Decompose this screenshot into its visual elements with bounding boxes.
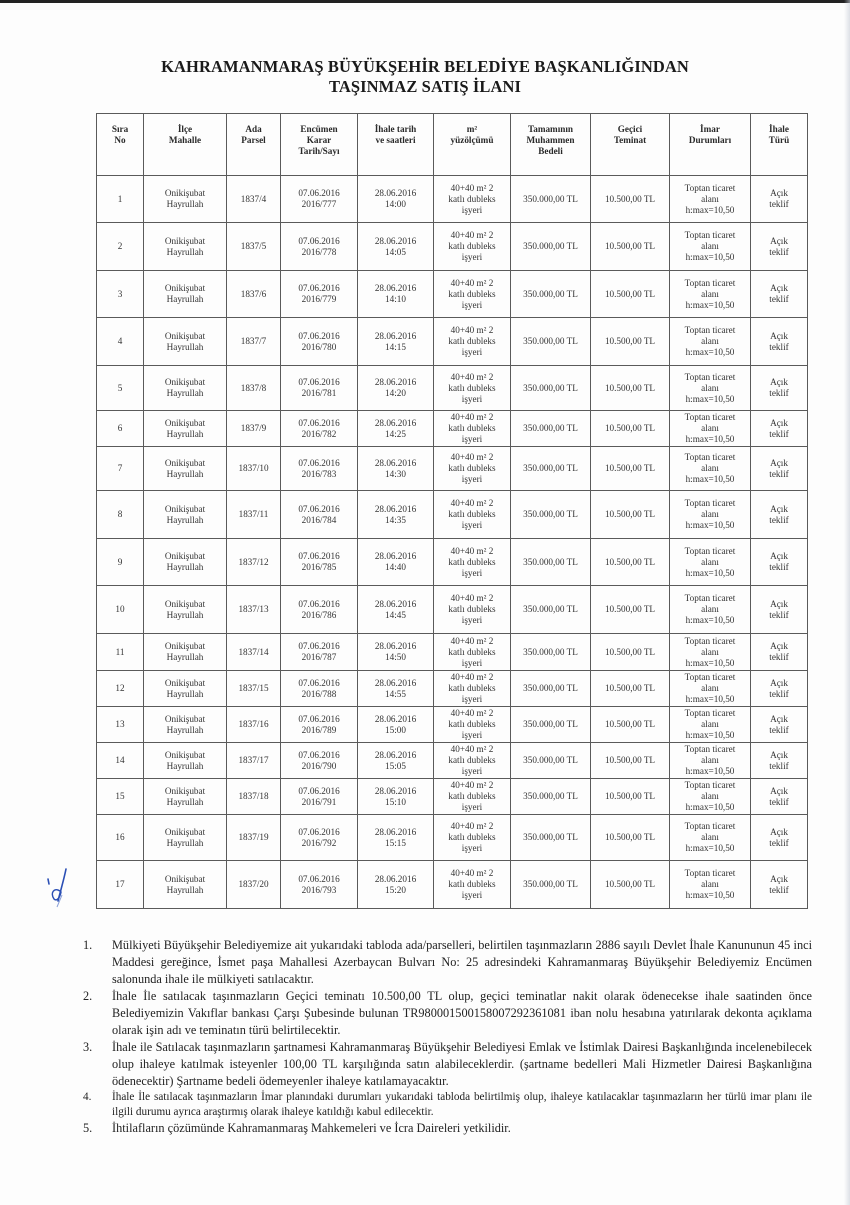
yuzolcumu: 40+40 m² 2katlı dubleksişyeri <box>434 539 511 586</box>
ilce-mahalle: OnikişubatHayrullah <box>144 586 227 634</box>
gecici-teminat: 10.500,00 TL <box>591 366 670 411</box>
term-number: 3. <box>83 1039 92 1056</box>
imar-durumu: Toptan ticaretalanıh:max=10,50 <box>670 318 751 366</box>
table-row: 2OnikişubatHayrullah1837/507.06.20162016… <box>97 223 808 271</box>
ilce-mahalle: OnikişubatHayrullah <box>144 411 227 447</box>
yuzolcumu: 40+40 m² 2katlı dubleksişyeri <box>434 411 511 447</box>
term-text: Mülkiyeti Büyükşehir Belediyemize ait yu… <box>112 938 812 986</box>
terms-list: 1.Mülkiyeti Büyükşehir Belediyemize ait … <box>107 937 812 1137</box>
imar-durumu: Toptan ticaretalanıh:max=10,50 <box>670 366 751 411</box>
table-row: 8OnikişubatHayrullah1837/1107.06.2016201… <box>97 491 808 539</box>
imar-durumu: Toptan ticaretalanıh:max=10,50 <box>670 707 751 743</box>
ada-parsel: 1837/12 <box>227 539 281 586</box>
imar-durumu: Toptan ticaretalanıh:max=10,50 <box>670 539 751 586</box>
row-number: 5 <box>97 366 144 411</box>
row-number: 1 <box>97 176 144 223</box>
row-number: 3 <box>97 271 144 318</box>
gecici-teminat: 10.500,00 TL <box>591 586 670 634</box>
row-number: 4 <box>97 318 144 366</box>
ada-parsel: 1837/18 <box>227 779 281 815</box>
term-text: İhtilafların çözümünde Kahramanmaraş Mah… <box>112 1121 511 1135</box>
yuzolcumu: 40+40 m² 2katlı dubleksişyeri <box>434 176 511 223</box>
ihale-tarih: 28.06.201615:00 <box>358 707 434 743</box>
ihale-tarih: 28.06.201615:10 <box>358 779 434 815</box>
muhammen-bedel: 350.000,00 TL <box>511 743 591 779</box>
gecici-teminat: 10.500,00 TL <box>591 707 670 743</box>
ihale-tarih: 28.06.201615:20 <box>358 861 434 909</box>
ada-parsel: 1837/16 <box>227 707 281 743</box>
ihale-tarih: 28.06.201614:35 <box>358 491 434 539</box>
ada-parsel: 1837/8 <box>227 366 281 411</box>
ilce-mahalle: OnikişubatHayrullah <box>144 779 227 815</box>
ada-parsel: 1837/11 <box>227 491 281 539</box>
muhammen-bedel: 350.000,00 TL <box>511 671 591 707</box>
term-text: İhale ile Satılacak taşınmazların şartna… <box>112 1040 812 1088</box>
ihale-tarih: 28.06.201615:05 <box>358 743 434 779</box>
ihale-tarih: 28.06.201614:00 <box>358 176 434 223</box>
ada-parsel: 1837/20 <box>227 861 281 909</box>
ihale-turu: Açıkteklif <box>751 815 808 861</box>
ihale-tarih: 28.06.201614:50 <box>358 634 434 671</box>
imar-durumu: Toptan ticaretalanıh:max=10,50 <box>670 586 751 634</box>
yuzolcumu: 40+40 m² 2katlı dubleksişyeri <box>434 586 511 634</box>
muhammen-bedel: 350.000,00 TL <box>511 176 591 223</box>
ihale-turu: Açıkteklif <box>751 318 808 366</box>
encumen-karar: 07.06.20162016/789 <box>281 707 358 743</box>
ilce-mahalle: OnikişubatHayrullah <box>144 447 227 491</box>
table-row: 3OnikişubatHayrullah1837/607.06.20162016… <box>97 271 808 318</box>
ihale-turu: Açıkteklif <box>751 671 808 707</box>
table-row: 6OnikişubatHayrullah1837/907.06.20162016… <box>97 411 808 447</box>
yuzolcumu: 40+40 m² 2katlı dubleksişyeri <box>434 671 511 707</box>
row-number: 15 <box>97 779 144 815</box>
term-text: İhale İle satılacak taşınmazların Geçici… <box>112 989 812 1037</box>
ada-parsel: 1837/14 <box>227 634 281 671</box>
ilce-mahalle: OnikişubatHayrullah <box>144 743 227 779</box>
term-item: 3.İhale ile Satılacak taşınmazların şart… <box>107 1039 812 1090</box>
muhammen-bedel: 350.000,00 TL <box>511 539 591 586</box>
row-number: 17 <box>97 861 144 909</box>
ihale-tarih: 28.06.201614:05 <box>358 223 434 271</box>
ada-parsel: 1837/15 <box>227 671 281 707</box>
ihale-turu: Açıkteklif <box>751 223 808 271</box>
yuzolcumu: 40+40 m² 2katlı dubleksişyeri <box>434 707 511 743</box>
gecici-teminat: 10.500,00 TL <box>591 634 670 671</box>
ilce-mahalle: OnikişubatHayrullah <box>144 815 227 861</box>
row-number: 11 <box>97 634 144 671</box>
ilce-mahalle: OnikişubatHayrullah <box>144 318 227 366</box>
ihale-turu: Açıkteklif <box>751 634 808 671</box>
column-header-imar: İmarDurumları <box>670 114 751 176</box>
table-row: 7OnikişubatHayrullah1837/1007.06.2016201… <box>97 447 808 491</box>
muhammen-bedel: 350.000,00 TL <box>511 815 591 861</box>
row-number: 9 <box>97 539 144 586</box>
term-item: 5.İhtilafların çözümünde Kahramanmaraş M… <box>107 1120 812 1137</box>
term-number: 2. <box>83 988 92 1005</box>
row-number: 2 <box>97 223 144 271</box>
term-item: 4.İhale İle satılacak taşınmazların İmar… <box>107 1090 812 1120</box>
ilce-mahalle: OnikişubatHayrullah <box>144 491 227 539</box>
yuzolcumu: 40+40 m² 2katlı dubleksişyeri <box>434 634 511 671</box>
table-row: 1OnikişubatHayrullah1837/407.06.20162016… <box>97 176 808 223</box>
ada-parsel: 1837/6 <box>227 271 281 318</box>
table-row: 13OnikişubatHayrullah1837/1607.06.201620… <box>97 707 808 743</box>
encumen-karar: 07.06.20162016/790 <box>281 743 358 779</box>
imar-durumu: Toptan ticaretalanıh:max=10,50 <box>670 491 751 539</box>
table-row: 4OnikişubatHayrullah1837/707.06.20162016… <box>97 318 808 366</box>
row-number: 14 <box>97 743 144 779</box>
imar-durumu: Toptan ticaretalanıh:max=10,50 <box>670 411 751 447</box>
yuzolcumu: 40+40 m² 2katlı dubleksişyeri <box>434 491 511 539</box>
ihale-turu: Açıkteklif <box>751 411 808 447</box>
encumen-karar: 07.06.20162016/780 <box>281 318 358 366</box>
ilce-mahalle: OnikişubatHayrullah <box>144 366 227 411</box>
gecici-teminat: 10.500,00 TL <box>591 743 670 779</box>
table-row: 10OnikişubatHayrullah1837/1307.06.201620… <box>97 586 808 634</box>
gecici-teminat: 10.500,00 TL <box>591 539 670 586</box>
signature-mark <box>40 865 85 910</box>
encumen-karar: 07.06.20162016/778 <box>281 223 358 271</box>
gecici-teminat: 10.500,00 TL <box>591 318 670 366</box>
scan-top-edge <box>0 0 850 3</box>
ilce-mahalle: OnikişubatHayrullah <box>144 271 227 318</box>
ihale-turu: Açıkteklif <box>751 271 808 318</box>
ihale-tarih: 28.06.201614:30 <box>358 447 434 491</box>
ihale-turu: Açıkteklif <box>751 176 808 223</box>
table-row: 12OnikişubatHayrullah1837/1507.06.201620… <box>97 671 808 707</box>
encumen-karar: 07.06.20162016/781 <box>281 366 358 411</box>
ada-parsel: 1837/13 <box>227 586 281 634</box>
table-row: 9OnikişubatHayrullah1837/1207.06.2016201… <box>97 539 808 586</box>
ihale-turu: Açıkteklif <box>751 586 808 634</box>
yuzolcumu: 40+40 m² 2katlı dubleksişyeri <box>434 366 511 411</box>
ihale-tarih: 28.06.201614:10 <box>358 271 434 318</box>
muhammen-bedel: 350.000,00 TL <box>511 779 591 815</box>
document-title: KAHRAMANMARAŞ BÜYÜKŞEHİR BELEDİYE BAŞKAN… <box>0 57 850 77</box>
ihale-turu: Açıkteklif <box>751 539 808 586</box>
ilce-mahalle: OnikişubatHayrullah <box>144 223 227 271</box>
ilce-mahalle: OnikişubatHayrullah <box>144 707 227 743</box>
muhammen-bedel: 350.000,00 TL <box>511 271 591 318</box>
gecici-teminat: 10.500,00 TL <box>591 176 670 223</box>
gecici-teminat: 10.500,00 TL <box>591 815 670 861</box>
ihale-turu: Açıkteklif <box>751 447 808 491</box>
table-row: 17OnikişubatHayrullah1837/2007.06.201620… <box>97 861 808 909</box>
yuzolcumu: 40+40 m² 2katlı dubleksişyeri <box>434 447 511 491</box>
muhammen-bedel: 350.000,00 TL <box>511 861 591 909</box>
ilce-mahalle: OnikişubatHayrullah <box>144 861 227 909</box>
muhammen-bedel: 350.000,00 TL <box>511 411 591 447</box>
term-item: 1.Mülkiyeti Büyükşehir Belediyemize ait … <box>107 937 812 988</box>
ilce-mahalle: OnikişubatHayrullah <box>144 176 227 223</box>
imar-durumu: Toptan ticaretalanıh:max=10,50 <box>670 743 751 779</box>
column-header-m2: m²yüzölçümü <box>434 114 511 176</box>
ihale-tarih: 28.06.201614:40 <box>358 539 434 586</box>
imar-durumu: Toptan ticaretalanıh:max=10,50 <box>670 271 751 318</box>
ada-parsel: 1837/4 <box>227 176 281 223</box>
ilce-mahalle: OnikişubatHayrullah <box>144 671 227 707</box>
gecici-teminat: 10.500,00 TL <box>591 271 670 318</box>
row-number: 12 <box>97 671 144 707</box>
ada-parsel: 1837/5 <box>227 223 281 271</box>
gecici-teminat: 10.500,00 TL <box>591 223 670 271</box>
muhammen-bedel: 350.000,00 TL <box>511 447 591 491</box>
muhammen-bedel: 350.000,00 TL <box>511 491 591 539</box>
yuzolcumu: 40+40 m² 2katlı dubleksişyeri <box>434 743 511 779</box>
column-header-ilce: İlçeMahalle <box>144 114 227 176</box>
gecici-teminat: 10.500,00 TL <box>591 411 670 447</box>
ihale-tarih: 28.06.201614:25 <box>358 411 434 447</box>
muhammen-bedel: 350.000,00 TL <box>511 366 591 411</box>
ilce-mahalle: OnikişubatHayrullah <box>144 634 227 671</box>
encumen-karar: 07.06.20162016/784 <box>281 491 358 539</box>
table-header-row: SıraNoİlçeMahalleAdaParselEncümenKararTa… <box>97 114 808 176</box>
row-number: 8 <box>97 491 144 539</box>
encumen-karar: 07.06.20162016/779 <box>281 271 358 318</box>
ihale-tarih: 28.06.201615:15 <box>358 815 434 861</box>
encumen-karar: 07.06.20162016/783 <box>281 447 358 491</box>
yuzolcumu: 40+40 m² 2katlı dubleksişyeri <box>434 223 511 271</box>
ada-parsel: 1837/9 <box>227 411 281 447</box>
imar-durumu: Toptan ticaretalanıh:max=10,50 <box>670 223 751 271</box>
row-number: 10 <box>97 586 144 634</box>
column-header-sira: SıraNo <box>97 114 144 176</box>
scan-right-shadow <box>844 0 850 1205</box>
ihale-turu: Açıkteklif <box>751 491 808 539</box>
column-header-tur: İhaleTürü <box>751 114 808 176</box>
ada-parsel: 1837/19 <box>227 815 281 861</box>
gecici-teminat: 10.500,00 TL <box>591 671 670 707</box>
yuzolcumu: 40+40 m² 2katlı dubleksişyeri <box>434 271 511 318</box>
table-row: 11OnikişubatHayrullah1837/1407.06.201620… <box>97 634 808 671</box>
ilce-mahalle: OnikişubatHayrullah <box>144 539 227 586</box>
ada-parsel: 1837/10 <box>227 447 281 491</box>
encumen-karar: 07.06.20162016/785 <box>281 539 358 586</box>
encumen-karar: 07.06.20162016/777 <box>281 176 358 223</box>
imar-durumu: Toptan ticaretalanıh:max=10,50 <box>670 861 751 909</box>
column-header-bedel: TamamınınMuhammenBedeli <box>511 114 591 176</box>
gecici-teminat: 10.500,00 TL <box>591 491 670 539</box>
encumen-karar: 07.06.20162016/782 <box>281 411 358 447</box>
encumen-karar: 07.06.20162016/791 <box>281 779 358 815</box>
muhammen-bedel: 350.000,00 TL <box>511 318 591 366</box>
term-text: İhale İle satılacak taşınmazların İmar p… <box>112 1091 812 1118</box>
imar-durumu: Toptan ticaretalanıh:max=10,50 <box>670 671 751 707</box>
ihale-turu: Açıkteklif <box>751 366 808 411</box>
imar-durumu: Toptan ticaretalanıh:max=10,50 <box>670 447 751 491</box>
muhammen-bedel: 350.000,00 TL <box>511 586 591 634</box>
muhammen-bedel: 350.000,00 TL <box>511 223 591 271</box>
term-number: 4. <box>83 1090 91 1105</box>
yuzolcumu: 40+40 m² 2katlı dubleksişyeri <box>434 779 511 815</box>
column-header-ihale: İhale tarihve saatleri <box>358 114 434 176</box>
yuzolcumu: 40+40 m² 2katlı dubleksişyeri <box>434 815 511 861</box>
property-sale-table: SıraNoİlçeMahalleAdaParselEncümenKararTa… <box>96 113 808 909</box>
encumen-karar: 07.06.20162016/793 <box>281 861 358 909</box>
imar-durumu: Toptan ticaretalanıh:max=10,50 <box>670 634 751 671</box>
table-row: 5OnikişubatHayrullah1837/807.06.20162016… <box>97 366 808 411</box>
ada-parsel: 1837/7 <box>227 318 281 366</box>
imar-durumu: Toptan ticaretalanıh:max=10,50 <box>670 815 751 861</box>
ihale-tarih: 28.06.201614:20 <box>358 366 434 411</box>
ihale-turu: Açıkteklif <box>751 707 808 743</box>
table-row: 15OnikişubatHayrullah1837/1807.06.201620… <box>97 779 808 815</box>
yuzolcumu: 40+40 m² 2katlı dubleksişyeri <box>434 318 511 366</box>
row-number: 16 <box>97 815 144 861</box>
ada-parsel: 1837/17 <box>227 743 281 779</box>
yuzolcumu: 40+40 m² 2katlı dubleksişyeri <box>434 861 511 909</box>
muhammen-bedel: 350.000,00 TL <box>511 707 591 743</box>
encumen-karar: 07.06.20162016/792 <box>281 815 358 861</box>
column-header-ada: AdaParsel <box>227 114 281 176</box>
term-number: 1. <box>83 937 92 954</box>
table-row: 16OnikişubatHayrullah1837/1907.06.201620… <box>97 815 808 861</box>
gecici-teminat: 10.500,00 TL <box>591 447 670 491</box>
table-row: 14OnikişubatHayrullah1837/1707.06.201620… <box>97 743 808 779</box>
imar-durumu: Toptan ticaretalanıh:max=10,50 <box>670 176 751 223</box>
row-number: 6 <box>97 411 144 447</box>
encumen-karar: 07.06.20162016/787 <box>281 634 358 671</box>
row-number: 7 <box>97 447 144 491</box>
ihale-turu: Açıkteklif <box>751 779 808 815</box>
term-number: 5. <box>83 1120 92 1137</box>
gecici-teminat: 10.500,00 TL <box>591 861 670 909</box>
gecici-teminat: 10.500,00 TL <box>591 779 670 815</box>
ihale-tarih: 28.06.201614:15 <box>358 318 434 366</box>
ihale-turu: Açıkteklif <box>751 743 808 779</box>
column-header-teminat: GeçiciTeminat <box>591 114 670 176</box>
encumen-karar: 07.06.20162016/788 <box>281 671 358 707</box>
muhammen-bedel: 350.000,00 TL <box>511 634 591 671</box>
encumen-karar: 07.06.20162016/786 <box>281 586 358 634</box>
ihale-turu: Açıkteklif <box>751 861 808 909</box>
document-subtitle: TAŞINMAZ SATIŞ İLANI <box>0 77 850 97</box>
row-number: 13 <box>97 707 144 743</box>
ihale-tarih: 28.06.201614:45 <box>358 586 434 634</box>
ihale-tarih: 28.06.201614:55 <box>358 671 434 707</box>
column-header-encumen: EncümenKararTarih/Sayı <box>281 114 358 176</box>
imar-durumu: Toptan ticaretalanıh:max=10,50 <box>670 779 751 815</box>
term-item: 2.İhale İle satılacak taşınmazların Geçi… <box>107 988 812 1039</box>
